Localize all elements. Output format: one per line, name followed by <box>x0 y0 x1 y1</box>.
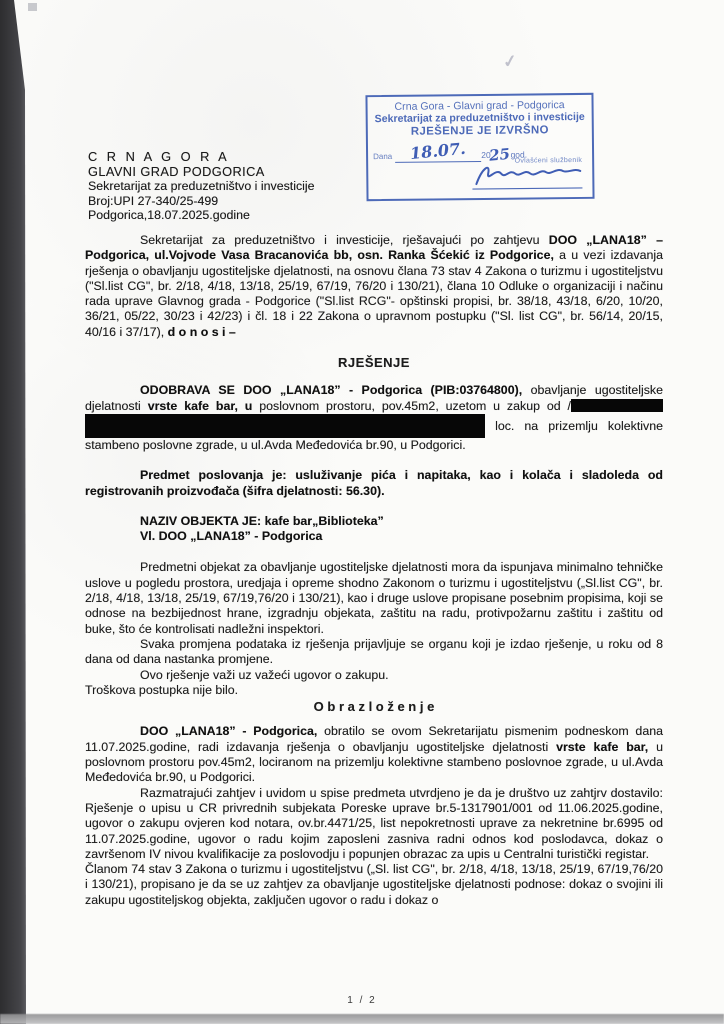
paragraph-minimalni-uslovi: Predmetni objekat za obavljanje ugostite… <box>85 560 663 636</box>
text-run: ODOBRAVA SE DOO „LANA18” - Podgorica (PI… <box>140 383 522 397</box>
letterhead-case-number: Broj:UPI 27-340/25-499 <box>88 194 315 209</box>
letterhead-city: GLAVNI GRAD PODGORICA <box>88 165 315 180</box>
redaction-box <box>85 414 485 438</box>
execution-stamp: Crna Gora - Glavni grad - Podgorica Sekr… <box>365 93 594 201</box>
text-run: Sekretarijat za preduzetništvo i investi… <box>140 233 549 247</box>
paragraph-troskovi: Troškova postupka nije bilo. <box>85 683 663 698</box>
document-body: Sekretarijat za preduzetništvo i investi… <box>85 233 663 908</box>
stamp-status-line: RJEŠENJE JE IZVRŠNO <box>373 124 587 138</box>
letterhead-place-date: Podgorica,18.07.2025.godine <box>88 208 315 223</box>
page-number: 1 / 2 <box>0 995 724 1006</box>
scan-edge-bottom-artifact <box>0 1014 724 1024</box>
scan-edge-left-artifact <box>0 0 26 1024</box>
object-name-line: NAZIV OBJEKTA JE: kafe bar„Biblioteka” <box>140 514 663 529</box>
handwritten-signature-icon <box>468 159 586 194</box>
stamp-date-label: Dana <box>373 152 392 163</box>
scan-artifact-dot <box>28 3 37 11</box>
paragraph-promjena-podataka: Svaka promjena podataka iz rješenja prij… <box>85 637 663 668</box>
paragraph-dostavljeni-dokazi: Razmatrajući zahtjev i uvidom u spise pr… <box>85 786 663 862</box>
text-run: vrste kafe bar, <box>556 740 648 754</box>
letterhead: C R N A G O R A GLAVNI GRAD PODGORICA Se… <box>88 150 315 223</box>
letterhead-country: C R N A G O R A <box>88 150 315 165</box>
text-run: poslovnom prostoru, pov.45m2, uzetom u z… <box>259 399 571 413</box>
scanned-document-page: ✓ C R N A G O R A GLAVNI GRAD PODGORICA … <box>0 0 724 1024</box>
paragraph-vazenje-rjesenja: Ovo rješenje važi uz važeći ugovor o zak… <box>85 668 663 683</box>
text-run: vrste kafe bar, u <box>148 399 260 413</box>
paragraph-zahtjev-podnesak: DOO „LANA18” - Podgorica, obratilo se ov… <box>85 724 663 785</box>
paragraph-clan-74: Članom 74 stav 3 Zakona o turizmu i ugos… <box>85 862 663 908</box>
paragraph-odobrava: ODOBRAVA SE DOO „LANA18” - Podgorica (PI… <box>85 383 663 453</box>
checkmark-icon: ✓ <box>502 51 519 73</box>
redaction-box <box>571 399 663 412</box>
object-name-block: NAZIV OBJEKTA JE: kafe bar„Biblioteka” V… <box>85 514 663 545</box>
heading-obrazlozenje: O b r a z l o ž e n j e <box>85 699 663 714</box>
paragraph-predmet-poslovanja: Predmet poslovanja je: usluživanje pića … <box>85 468 663 499</box>
stamp-handwritten-day: 18.07. <box>410 142 467 161</box>
letterhead-department: Sekretarijat za preduzetništvo i investi… <box>88 179 315 194</box>
stamp-authority-line: Crna Gora - Glavni grad - Podgorica <box>373 99 587 113</box>
stamp-department-line: Sekretarijat za preduzetništvo i investi… <box>373 111 587 125</box>
text-run: d o n o s i – <box>168 325 236 339</box>
text-run: DOO „LANA18” - Podgorica, <box>140 724 317 738</box>
owner-line: Vl. DOO „LANA18” - Podgorica <box>140 529 663 544</box>
paragraph-intro: Sekretarijat za preduzetništvo i investi… <box>85 233 663 340</box>
heading-rjesenje: RJEŠENJE <box>85 355 663 370</box>
